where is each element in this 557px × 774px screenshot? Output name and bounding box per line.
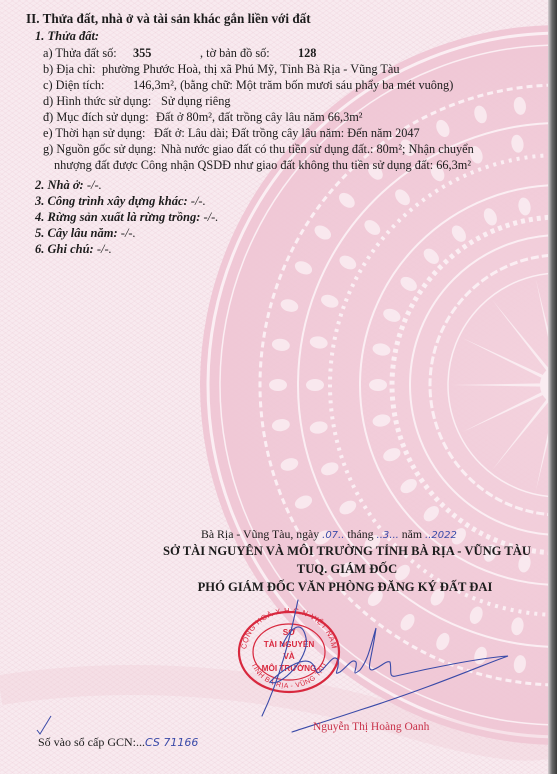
authority: SỞ TÀI NGUYÊN VÀ MÔI TRƯỜNG TỈNH BÀ RỊA … [147,544,547,558]
address-value: phường Phước Hoà, thị xã Phú Mỹ, Tỉnh Bà… [102,62,400,76]
page-edge-shadow [548,0,557,774]
term-value: Đất ở: Lâu dài; Đất trồng cây lâu năm: Đ… [154,126,420,140]
day-value: .07.. [322,530,344,541]
month-label: tháng [347,527,373,541]
other-item-value: -/-. [191,194,206,208]
place-date-prefix: Bà Rịa - Vũng Tàu, ngày [201,527,319,541]
purpose-value: Đất ở 80m², đất trồng cây lâu năm 66,3m² [156,110,362,124]
origin-value-line1: Nhà nước giao đất có thu tiền sử dụng đấ… [161,142,474,156]
position-title: PHÓ GIÁM ĐỐC VĂN PHÒNG ĐĂNG KÝ ĐẤT ĐAI [180,580,510,594]
other-item: 3. Công trình xây dựng khác: -/-. [35,194,206,208]
registry-line: Số vào sổ cấp GCN:...CS 71166 [38,735,198,750]
other-item: 6. Ghi chú: -/-. [35,242,112,256]
other-item-value: -/-. [97,242,112,256]
other-item: 5. Cây lâu năm: -/-. [35,226,136,240]
other-item-value: -/-. [121,226,136,240]
registry-label: Số vào sổ cấp GCN: [38,735,136,749]
signer-name: Nguyễn Thị Hoàng Oanh [313,720,429,734]
place-date: Bà Rịa - Vũng Tàu, ngày .07.. tháng ..3.… [201,527,457,543]
year-value: ..2022 [425,530,457,541]
map-sheet-number: 128 [298,46,316,60]
other-item-label: 2. Nhà ở: [35,178,84,192]
parcel-number-label: a) Thửa đất số: [43,46,117,60]
other-item-label: 6. Ghi chú: [35,242,94,256]
other-item-value: -/-. [87,178,102,192]
other-item: 2. Nhà ở: -/-. [35,178,102,192]
origin-value-line2: nhượng đất được Công nhận QSDĐ như giao … [54,158,471,172]
purpose-label: đ) Mục đích sử dụng: [43,110,149,124]
area-label: c) Diện tích: [43,78,104,92]
other-item-label: 4. Rừng sản xuất là rừng trồng: [35,210,200,224]
registry-number: CS 71166 [145,736,198,749]
address-label: b) Địa chỉ: [43,62,96,76]
on-behalf: TUQ. GIÁM ĐỐC [147,562,547,576]
year-label: năm [402,527,422,541]
usage-form-label: d) Hình thức sử dụng: [43,94,151,108]
parcel-number: 355 [133,46,151,60]
month-value: ..3... [377,530,399,541]
parcel-heading: 1. Thửa đất: [35,29,99,43]
signature [240,598,530,738]
other-item-label: 5. Cây lâu năm: [35,226,118,240]
checkmark-icon [34,712,54,736]
other-item-label: 3. Công trình xây dựng khác: [35,194,188,208]
other-item-value: -/-. [204,210,219,224]
other-item: 4. Rừng sản xuất là rừng trồng: -/-. [35,210,218,224]
map-sheet-label: , tờ bản đồ số: [200,46,270,60]
certificate-page: II. Thửa đất, nhà ở và tài sản khác gắn … [0,0,548,774]
origin-label: g) Nguồn gốc sử dụng: [43,142,156,156]
section-title: II. Thửa đất, nhà ở và tài sản khác gắn … [26,12,311,26]
usage-form-value: Sử dụng riêng [161,94,231,108]
area-value: 146,3m², (bằng chữ: Một trăm bốn mươi sá… [133,78,453,92]
term-label: e) Thời hạn sử dụng: [43,126,145,140]
